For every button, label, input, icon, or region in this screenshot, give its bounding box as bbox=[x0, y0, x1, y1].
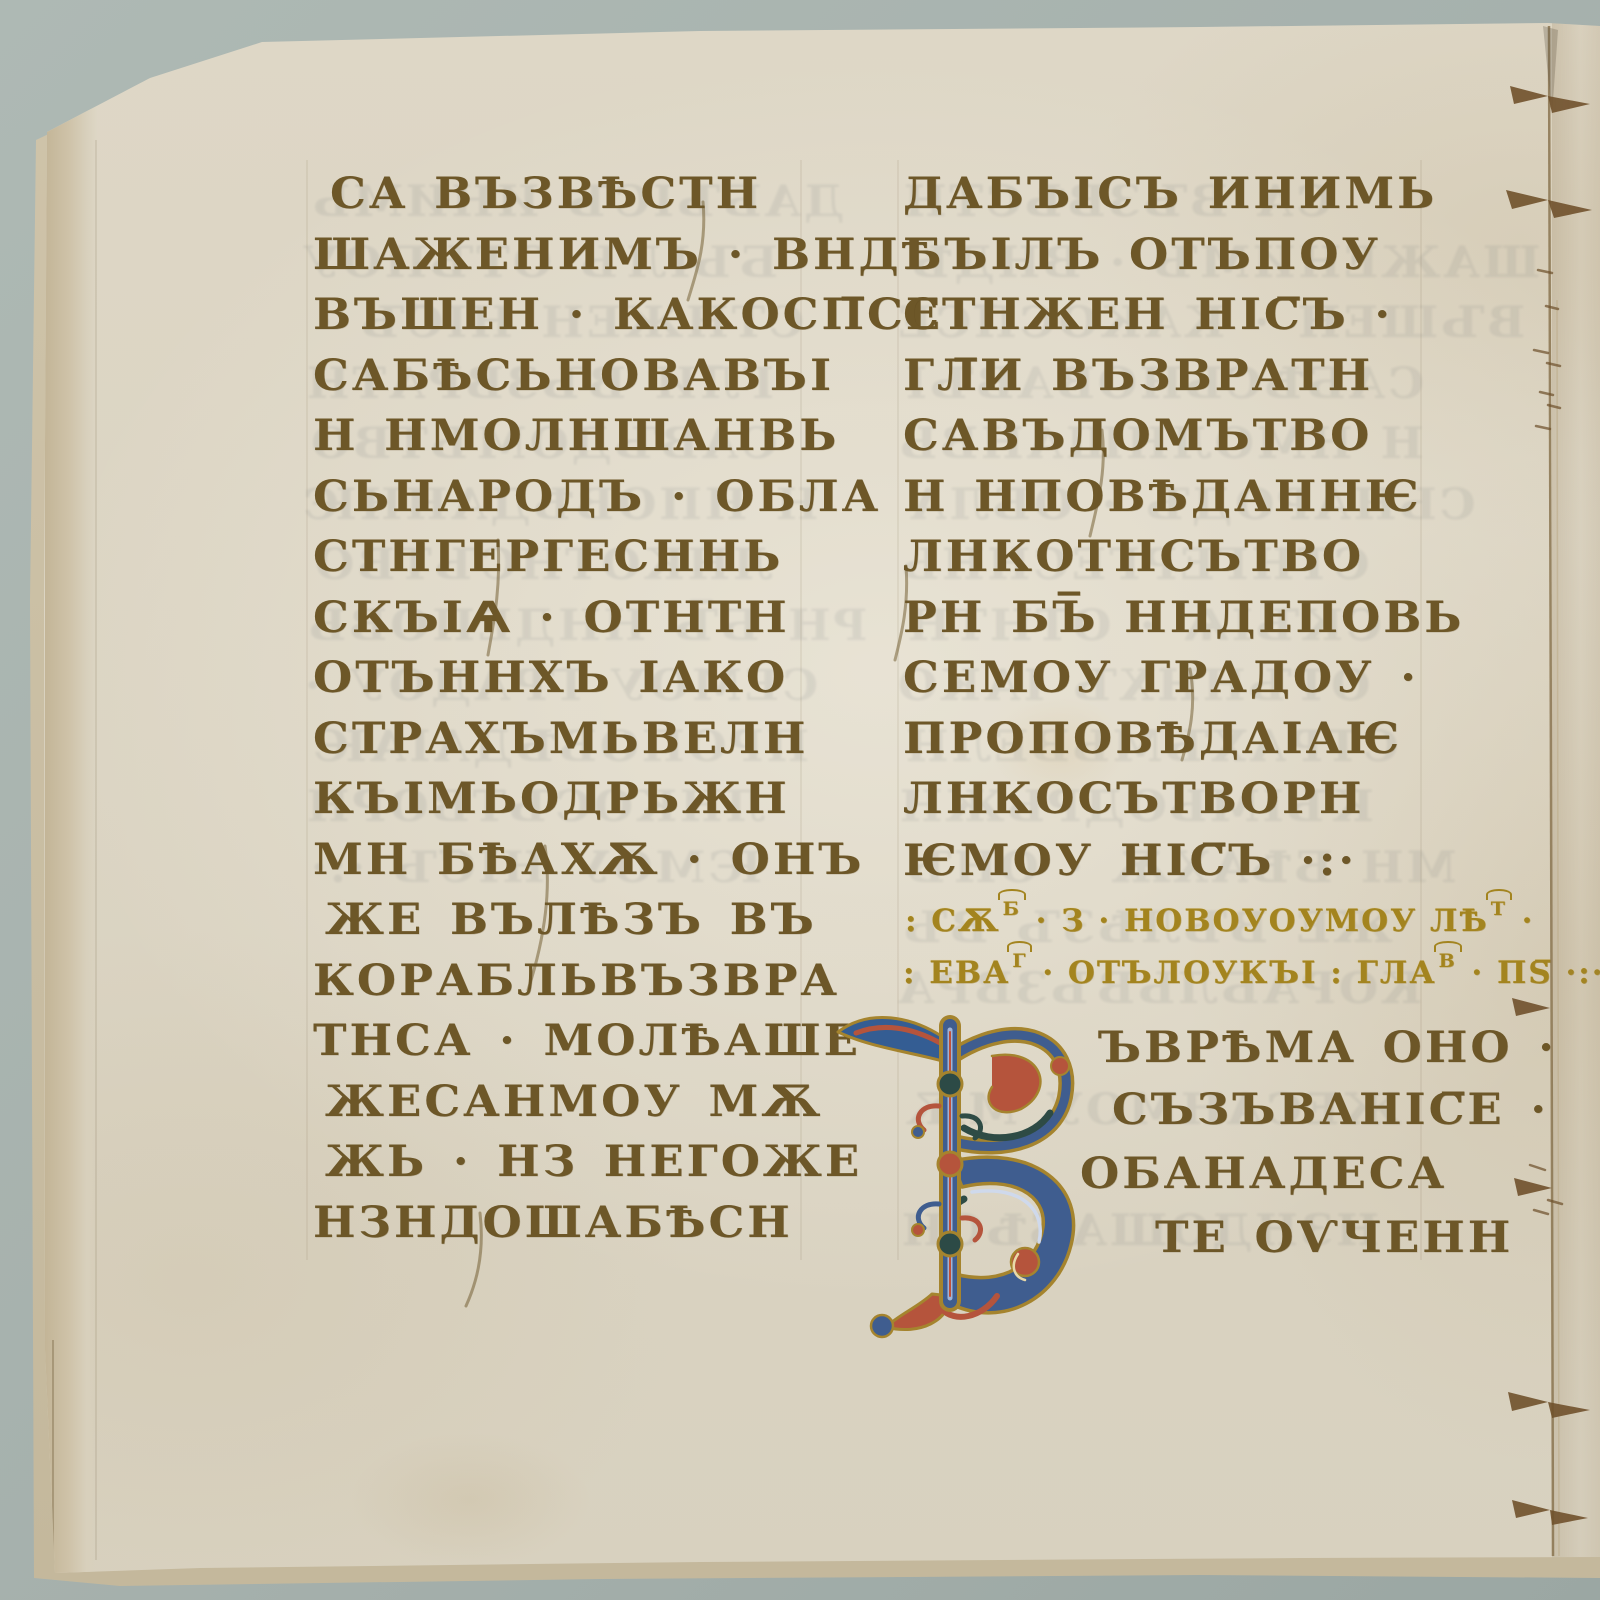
rubric-superscript: В bbox=[1439, 950, 1457, 972]
text-line: ТНСА · МОЛѢАШЕ bbox=[313, 1015, 861, 1065]
text-line: ЖЕСАНМОУ МѪ bbox=[325, 1076, 823, 1126]
text-line: ЛНКОТНСЪТВО bbox=[903, 531, 1364, 581]
rubric-text: · bbox=[1509, 903, 1535, 939]
sewing-station bbox=[1510, 86, 1548, 104]
incipit-line: СЪЗЪВАНІС̅Е · bbox=[1112, 1084, 1549, 1134]
text-line: ЖЬ · НЗ НЕГОЖЕ bbox=[325, 1136, 862, 1186]
text-line: ДАБЪІСЪ ИНИМЬ bbox=[903, 168, 1437, 218]
text-line: ОТЪННХЪ ІАКО bbox=[313, 652, 788, 702]
rubric-text: · З · НОВОУОУМОУ ЛѢ bbox=[1023, 903, 1489, 939]
text-line: КЪІМЬОДРЬЖН bbox=[313, 773, 790, 823]
text-line: СТНЖЕН НІС̅Ъ · bbox=[903, 289, 1393, 339]
text-line: КОРАБЛЬВЪЗВРА bbox=[313, 955, 840, 1005]
manuscript-photo: { "manuscript": { "colors": { "backdrop"… bbox=[0, 0, 1600, 1600]
text-line: ѤМОУ НІС̅Ъ ·:· bbox=[903, 835, 1357, 885]
text-line: СЬНАРОДЪ · ОБЛА bbox=[313, 471, 881, 521]
manuscript-page: ДАБЪІСЪ ИНИМЬ БЪІЛЪ ОТЪПОУ СТНЖЕН НІС̅Ъ … bbox=[0, 0, 1600, 1600]
rubric-line-1: : СѪБ · З · НОВОУОУМОУ ЛѢТ · bbox=[905, 903, 1534, 939]
text-line: СТНГЕРГЕСННЬ bbox=[313, 531, 783, 581]
text-line: РН БЪ̅ ННДЕПОВЬ bbox=[903, 592, 1464, 642]
text-line: СКЪІѦ · ОТНТН bbox=[313, 592, 790, 642]
rubric-text: : ЕВА bbox=[903, 955, 1010, 991]
rubric-text: · ОТЪЛОУКЪІ : ГЛА bbox=[1029, 955, 1436, 991]
left-edge-crease-upper bbox=[95, 140, 97, 1560]
text-line: САБѢСЬНОВАВЪІ bbox=[313, 350, 834, 400]
text-line: СТРАХЪМЬВЕЛН bbox=[313, 713, 808, 763]
text-line: ЛНКОСЪТВОРН bbox=[903, 773, 1364, 823]
rubric-superscript: Т bbox=[1491, 898, 1507, 920]
incipit-line: ТЕ ОѴЧЕНН bbox=[1155, 1212, 1513, 1262]
incipit-line: ОБАНАДЕСА bbox=[1080, 1148, 1447, 1198]
text-line: ПРОПОВѢДАІАѤ bbox=[903, 713, 1402, 763]
text-line: МН БѢАХѪ · ОНЪ bbox=[313, 834, 864, 884]
text-line: БЪІЛЪ ОТЪПОУ bbox=[903, 229, 1381, 279]
rubric-superscript: Г bbox=[1012, 950, 1027, 972]
text-line: НЗНДОШАБѢСН bbox=[313, 1197, 793, 1247]
rubric-line-2: : ЕВАГ · ОТЪЛОУКЪІ : ГЛАВ · ПЅ̅ ·:· bbox=[903, 955, 1600, 991]
text-line: ЖЕ ВЪЛѢЗЪ ВЪ bbox=[325, 894, 817, 944]
text-line: Н НМОЛНШАНВЬ bbox=[313, 410, 839, 460]
text-line: СЕМОУ ГРАДОУ · bbox=[903, 652, 1419, 702]
text-line: СА ВЪЗВѢСТН bbox=[330, 168, 761, 218]
rubric-superscript: Б bbox=[1003, 898, 1021, 920]
gutter-fold-shade bbox=[1552, 23, 1600, 1558]
text-line: ВЪШЕН · КАКОСП̅СЕ bbox=[313, 289, 943, 339]
rubric-text: : СѪ bbox=[905, 903, 1001, 939]
text-line: Н НПОВѢДАННѤ bbox=[903, 471, 1422, 521]
text-line: ГЛ̅И ВЪЗВРАТН bbox=[903, 350, 1373, 400]
incipit-line: ЪВРѢМА ОНО · bbox=[1098, 1022, 1557, 1072]
text-line: ШАЖЕНИМЪ · ВНДѢ bbox=[313, 229, 944, 279]
text-line: САВЪДОМЪТВО bbox=[903, 410, 1372, 460]
